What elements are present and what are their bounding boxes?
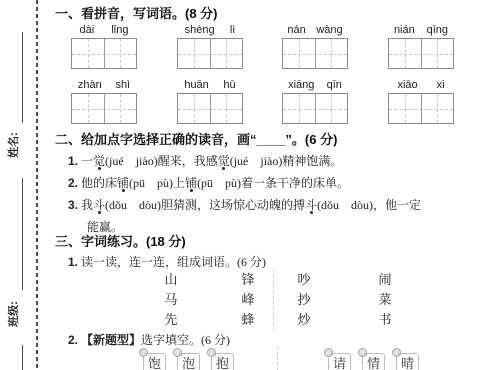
pinyin-syllable: shì <box>115 79 130 91</box>
match-character: 炒 <box>296 310 312 330</box>
name-label: 姓名: <box>5 132 21 158</box>
pinyin-row-1: dàilǐngshènglìnánwàngniánqīng <box>71 24 466 68</box>
match-character: 锋 <box>240 270 256 290</box>
pinyin-syllable: hū <box>223 79 235 91</box>
item-text: (dǒu dòu)胆猜测，这场惊心动魄的搏 <box>105 198 305 212</box>
choice-group-qing: 请情晴 <box>328 353 419 370</box>
pinyin-unit: shènglì <box>177 24 243 69</box>
item-text: 他的床 <box>81 176 117 190</box>
match-column-right1: 吵抄炒 <box>296 270 312 330</box>
choice-character: 泡 <box>182 356 195 370</box>
choice-character: 情 <box>367 356 380 370</box>
seal-dashed-line <box>36 0 38 370</box>
pushpin-icon <box>392 348 401 357</box>
choice-character-box: 抱 <box>211 353 234 370</box>
match-group-divider <box>273 270 274 330</box>
dotted-character: 觉 <box>93 154 105 168</box>
character-writing-box <box>282 93 348 124</box>
pinyin-label: huānhū <box>177 79 243 91</box>
match-character: 先 <box>163 310 179 330</box>
pronunciation-item: 2.他的床铺(pū pù)上铺(pū pù)着一条干净的床单。 <box>68 172 421 194</box>
pinyin-unit: dàilǐng <box>71 24 137 69</box>
class-blank-line <box>22 178 23 290</box>
item-number: 3. <box>68 198 78 212</box>
pinyin-unit: zhànshì <box>71 79 137 124</box>
item-text: 读一读，连一连，组成词语。(6 分) <box>81 255 266 269</box>
pinyin-unit: xiāngqīn <box>282 79 348 124</box>
match-character: 菜 <box>377 290 393 310</box>
match-character: 吵 <box>296 270 312 290</box>
item-number: 2. <box>68 176 78 190</box>
pinyin-syllable: shèng <box>185 24 215 36</box>
pinyin-label: niánqīng <box>388 24 454 36</box>
item-text: (dǒu dòu)，他一定 <box>317 198 421 212</box>
pinyin-syllable: lì <box>230 24 236 36</box>
match-character: 闹 <box>377 270 393 290</box>
pinyin-unit: huānhū <box>177 79 243 124</box>
character-writing-box <box>177 93 243 124</box>
pushpin-icon <box>173 348 182 357</box>
match-column-right2: 闹菜书 <box>377 270 393 330</box>
section2-heading: 二、给加点字选择正确的读音，画“____”。(6 分) <box>55 129 337 148</box>
match-character: 书 <box>377 310 393 330</box>
character-writing-box <box>71 38 137 69</box>
pinyin-label: shènglì <box>177 24 243 36</box>
choice-character-box: 饱 <box>143 353 166 370</box>
choice-group-bao: 饱泡抱 <box>143 353 234 370</box>
dotted-character: 觉 <box>218 154 230 168</box>
dotted-character: 铺 <box>185 176 197 190</box>
pronunciation-items: 1.一觉(jué jiào)醒来，我感觉(jué jiào)精神饱满。2.他的床… <box>68 150 421 238</box>
pinyin-syllable: nán <box>287 24 305 36</box>
new-type-tag: 【新题型】 <box>81 333 141 347</box>
pinyin-syllable: qīng <box>427 24 448 36</box>
pinyin-syllable: qīn <box>327 79 342 91</box>
section3-heading: 三、字词练习。(18 分) <box>55 231 186 250</box>
character-writing-box <box>388 38 454 69</box>
item-text: (pū pù)着一条干净的床单。 <box>197 176 349 190</box>
item-text: 一 <box>81 154 93 168</box>
pushpin-icon <box>207 348 216 357</box>
match-column-left2: 锋峰蜂 <box>240 270 256 330</box>
match-character: 抄 <box>296 290 312 310</box>
pinyin-unit: nánwàng <box>282 24 348 69</box>
pinyin-label: dàilǐng <box>71 24 137 36</box>
pinyin-row-2: zhànshìhuānhūxiāngqīnxiāoxi <box>71 79 466 123</box>
name-blank-line <box>22 32 23 123</box>
match-character: 山 <box>163 270 179 290</box>
match-character: 蜂 <box>240 310 256 330</box>
choice-character-box: 泡 <box>177 353 200 370</box>
item-text: (jué jiào)醒来，我感 <box>105 154 218 168</box>
character-writing-box <box>71 93 137 124</box>
class-label: 班级: <box>5 301 21 327</box>
choice-group-divider <box>277 347 278 370</box>
dotted-character: 斗 <box>305 198 317 212</box>
pinyin-unit: xiāoxi <box>388 79 454 124</box>
exam-paper-page: 姓名: 班级: 一、看拼音，写词语。(8 分) dàilǐngshènglìná… <box>0 0 495 370</box>
character-writing-box <box>388 93 454 124</box>
pushpin-icon <box>139 348 148 357</box>
pinyin-syllable: huān <box>184 79 208 91</box>
match-character: 峰 <box>240 290 256 310</box>
section1-heading: 一、看拼音，写词语。(8 分) <box>55 3 218 22</box>
pinyin-syllable: zhàn <box>78 79 102 91</box>
pinyin-syllable: lǐng <box>111 24 128 36</box>
item-text: (pū pù)上 <box>129 176 185 190</box>
item-number: 2. <box>68 333 78 347</box>
pronunciation-item: 3.我斗(dǒu dòu)胆猜测，这场惊心动魄的搏斗(dǒu dòu)，他一定 <box>68 194 421 216</box>
choice-character-box: 晴 <box>396 353 419 370</box>
item-text: 我 <box>81 198 93 212</box>
pinyin-syllable: dài <box>80 24 95 36</box>
character-writing-box <box>177 38 243 69</box>
choice-character-box: 请 <box>328 353 351 370</box>
pronunciation-item: 1.一觉(jué jiào)醒来，我感觉(jué jiào)精神饱满。 <box>68 150 421 172</box>
pinyin-syllable: xiāo <box>397 79 417 91</box>
character-writing-box <box>282 38 348 69</box>
item-text: 选字填空。(6 分) <box>141 333 230 347</box>
pinyin-unit: niánqīng <box>388 24 454 69</box>
match-character: 马 <box>163 290 179 310</box>
pinyin-syllable: xi <box>437 79 445 91</box>
choice-character: 饱 <box>148 356 161 370</box>
dotted-character: 铺 <box>117 176 129 190</box>
choice-character: 晴 <box>401 356 414 370</box>
pinyin-syllable: nián <box>394 24 415 36</box>
pinyin-syllable: xiāng <box>288 79 314 91</box>
match-exercise-label: 1.读一读，连一连，组成词语。(6 分) <box>68 253 266 270</box>
item-number: 1. <box>68 255 78 269</box>
pinyin-label: xiāoxi <box>388 79 454 91</box>
pinyin-syllable: wàng <box>316 24 342 36</box>
choice-character: 请 <box>333 356 346 370</box>
choice-character-box: 情 <box>362 353 385 370</box>
choice-character: 抱 <box>216 356 229 370</box>
pushpin-icon <box>324 348 333 357</box>
pushpin-icon <box>358 348 367 357</box>
match-column-left1: 山马先 <box>163 270 179 330</box>
pinyin-label: xiāngqīn <box>282 79 348 91</box>
fill-exercise-label: 2.【新题型】选字填空。(6 分) <box>68 331 230 348</box>
item-number: 1. <box>68 154 78 168</box>
dotted-character: 斗 <box>93 198 105 212</box>
pinyin-label: nánwàng <box>282 24 348 36</box>
item-text: (jué jiào)精神饱满。 <box>230 154 343 168</box>
pinyin-label: zhànshì <box>71 79 137 91</box>
extra-blank-line <box>22 345 23 370</box>
